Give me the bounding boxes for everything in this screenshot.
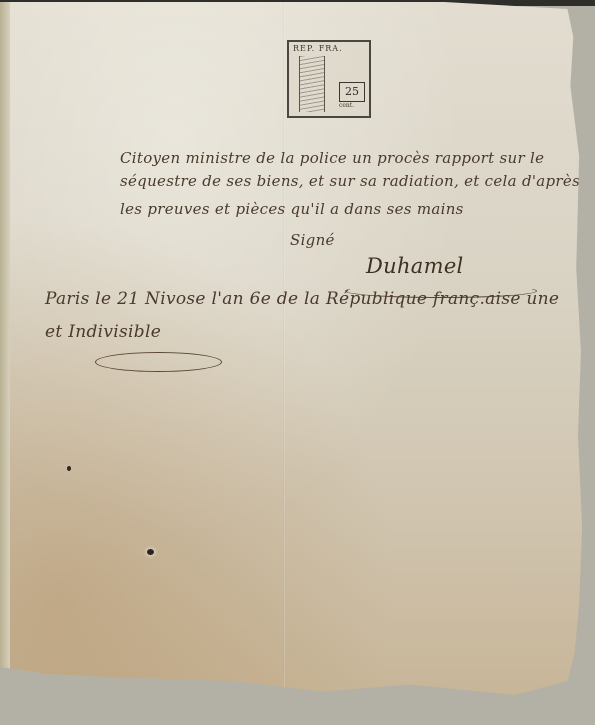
paper-hole [67, 466, 71, 471]
body-line-1: Citoyen ministre de la police un procès … [120, 149, 544, 167]
adjacent-page-edge [0, 2, 10, 702]
stamp-legend: REP. FRA. [293, 44, 343, 53]
stamp-value: 25 [339, 82, 365, 102]
paper-fold-line [283, 2, 285, 702]
dateline-flourish [95, 352, 222, 372]
dateline-1: Paris le 21 Nivose l'an 6e de la Républi… [45, 289, 559, 309]
signature: Duhamel [366, 254, 464, 278]
body-line-2: séquestre de ses biens, et sur sa radiat… [120, 172, 580, 190]
tax-stamp: REP. FRA. 25 cent. [287, 40, 371, 118]
stamp-unit: cent. [339, 102, 354, 109]
body-line-3: les preuves et pièces qu'il a dans ses m… [120, 200, 464, 218]
allegorical-figure-icon [299, 56, 325, 112]
paper-hole [147, 549, 154, 555]
document-sheet: REP. FRA. 25 cent. Citoyen ministre de l… [0, 2, 585, 702]
signed-label: Signé [290, 231, 335, 249]
dateline-2: et Indivisible [45, 322, 161, 342]
